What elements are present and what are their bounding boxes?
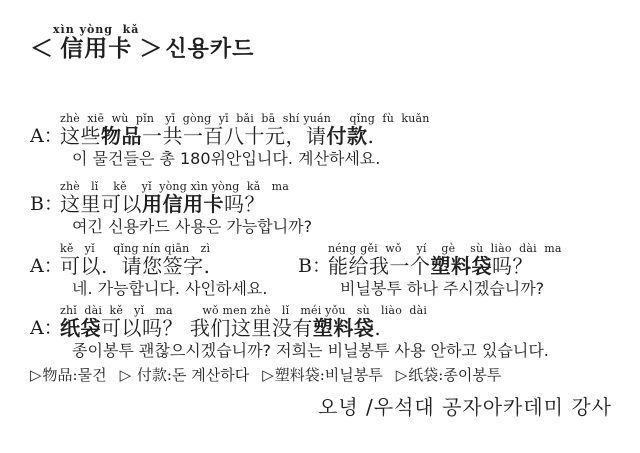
dialogue-row-3: A： kě yǐ qǐng nín qiān zì 可以. 请您签字. 네. 가…	[30, 242, 612, 304]
triangle-bullet-icon: ▷	[30, 366, 42, 384]
triangle-bullet-icon: ▷	[396, 366, 408, 384]
speaker-label: B：	[298, 242, 328, 298]
dialogue-content: zhè lǐ kě yǐ yòng xìn yòng kǎ ma 这里可以用信用…	[60, 180, 312, 236]
dialogue-line-5: A： zhǐ dài kě yǐ ma wǒ men zhè lǐ méi yǒ…	[30, 304, 612, 360]
triangle-bullet-icon: ▷	[262, 366, 274, 384]
vocab-word: 物品	[101, 124, 142, 148]
vocab-word: 塑料袋	[313, 316, 375, 340]
hanzi-segment: 可以吗？ 我们这里没有	[101, 316, 313, 340]
dialogue-line-1: A： zhè xiē wù pǐn yī gòng yī bǎi bā shí …	[30, 112, 612, 168]
hanzi-segment: 可以. 请您签字.	[60, 254, 210, 278]
vocab-item: ▷塑料袋:비닐봉투	[262, 366, 383, 384]
dialogue-line-3: A： kě yǐ qǐng nín qiān zì 可以. 请您签字. 네. 가…	[30, 242, 298, 298]
hanzi-line: 能给我一个塑料袋吗？	[328, 255, 562, 278]
korean-line: 여긴 신용카드 사용은 가능합니까?	[60, 217, 312, 236]
dialogue-content: kě yǐ qǐng nín qiān zì 可以. 请您签字. 네. 가능합니…	[60, 242, 267, 298]
speaker-label: A：	[30, 112, 60, 168]
vocab-word: 纸袋	[60, 316, 101, 340]
hanzi-line: 这些物品一共一百八十元，请付款.	[60, 125, 430, 148]
speaker-label: A：	[30, 242, 60, 298]
korean-line: 종이봉투 괜찮으시겠습니까? 저희는 비닐봉투 사용 안하고 있습니다.	[60, 341, 549, 360]
hanzi-segment: 一共一百八十元，请	[142, 124, 327, 148]
korean-line: 이 물건들은 총 180위안입니다. 계산하세요.	[60, 149, 430, 168]
triangle-bullet-icon: ▷	[120, 366, 132, 384]
hanzi-segment: 吗？	[492, 254, 533, 278]
vocab-item: ▷ 付款:돈 계산하다	[120, 366, 250, 384]
slide: ＜xìn yòng kǎ信用卡＞신용카드 A： zhè xiē wù pǐn y…	[0, 0, 640, 453]
hanzi-line: 纸袋可以吗？ 我们这里没有塑料袋.	[60, 317, 549, 340]
dialogue-content: zhǐ dài kě yǐ ma wǒ men zhè lǐ méi yǒu s…	[60, 304, 549, 360]
vocab-word: 塑料袋	[431, 254, 493, 278]
hanzi-segment: 能给我一个	[328, 254, 431, 278]
vocab-text: 纸袋:종이봉투	[408, 366, 501, 384]
dialogue-line-2: B： zhè lǐ kě yǐ yòng xìn yòng kǎ ma 这里可以…	[30, 180, 612, 236]
dialogue-section: A： zhè xiē wù pǐn yī gòng yī bǎi bā shí …	[30, 112, 612, 360]
hanzi-segment: 吗？	[224, 192, 265, 216]
speaker-label: B：	[30, 180, 60, 236]
page-title: ＜xìn yòng kǎ信用卡＞신용카드	[30, 24, 612, 62]
vocab-text: 物品:물건	[43, 366, 107, 384]
dialogue-line-4: B： néng gěi wǒ yí gè sù liào dài ma 能给我一…	[298, 242, 562, 298]
vocab-list: ▷物品:물건▷ 付款:돈 계산하다▷塑料袋:비닐봉투▷纸袋:종이봉투	[30, 366, 612, 384]
title-hanzi: 信用卡	[60, 36, 132, 62]
hanzi-line: 可以. 请您签字.	[60, 255, 267, 278]
title-close-bracket: ＞	[139, 36, 162, 62]
hanzi-segment: .	[374, 316, 381, 340]
vocab-word: 用信用卡	[142, 192, 224, 216]
hanzi-segment: .	[368, 124, 375, 148]
korean-line: 비닐봉투 하나 주시겠습니까?	[328, 279, 562, 298]
hanzi-line: 这里可以用信用卡吗？	[60, 193, 312, 216]
hanzi-segment: 这里可以	[60, 192, 142, 216]
speaker-label: A：	[30, 304, 60, 360]
vocab-text: 付款:돈 계산하다	[132, 366, 249, 384]
vocab-item: ▷纸袋:종이봉투	[396, 366, 502, 384]
vocab-word: 付款	[327, 124, 368, 148]
hanzi-segment: 这些	[60, 124, 101, 148]
title-hanzi-with-pinyin: xìn yòng kǎ信用卡	[53, 24, 139, 62]
credit-line: 오녕 /우석대 공자아카데미 강사	[30, 396, 612, 419]
title-korean: 신용카드	[165, 36, 254, 62]
vocab-text: 塑料袋:비닐봉투	[275, 366, 383, 384]
dialogue-content: zhè xiē wù pǐn yī gòng yī bǎi bā shí yuá…	[60, 112, 430, 168]
title-open-bracket: ＜	[30, 36, 53, 62]
vocab-item: ▷物品:물건	[30, 366, 107, 384]
dialogue-content: néng gěi wǒ yí gè sù liào dài ma 能给我一个塑料…	[328, 242, 562, 298]
korean-line: 네. 가능합니다. 사인하세요.	[60, 279, 267, 298]
